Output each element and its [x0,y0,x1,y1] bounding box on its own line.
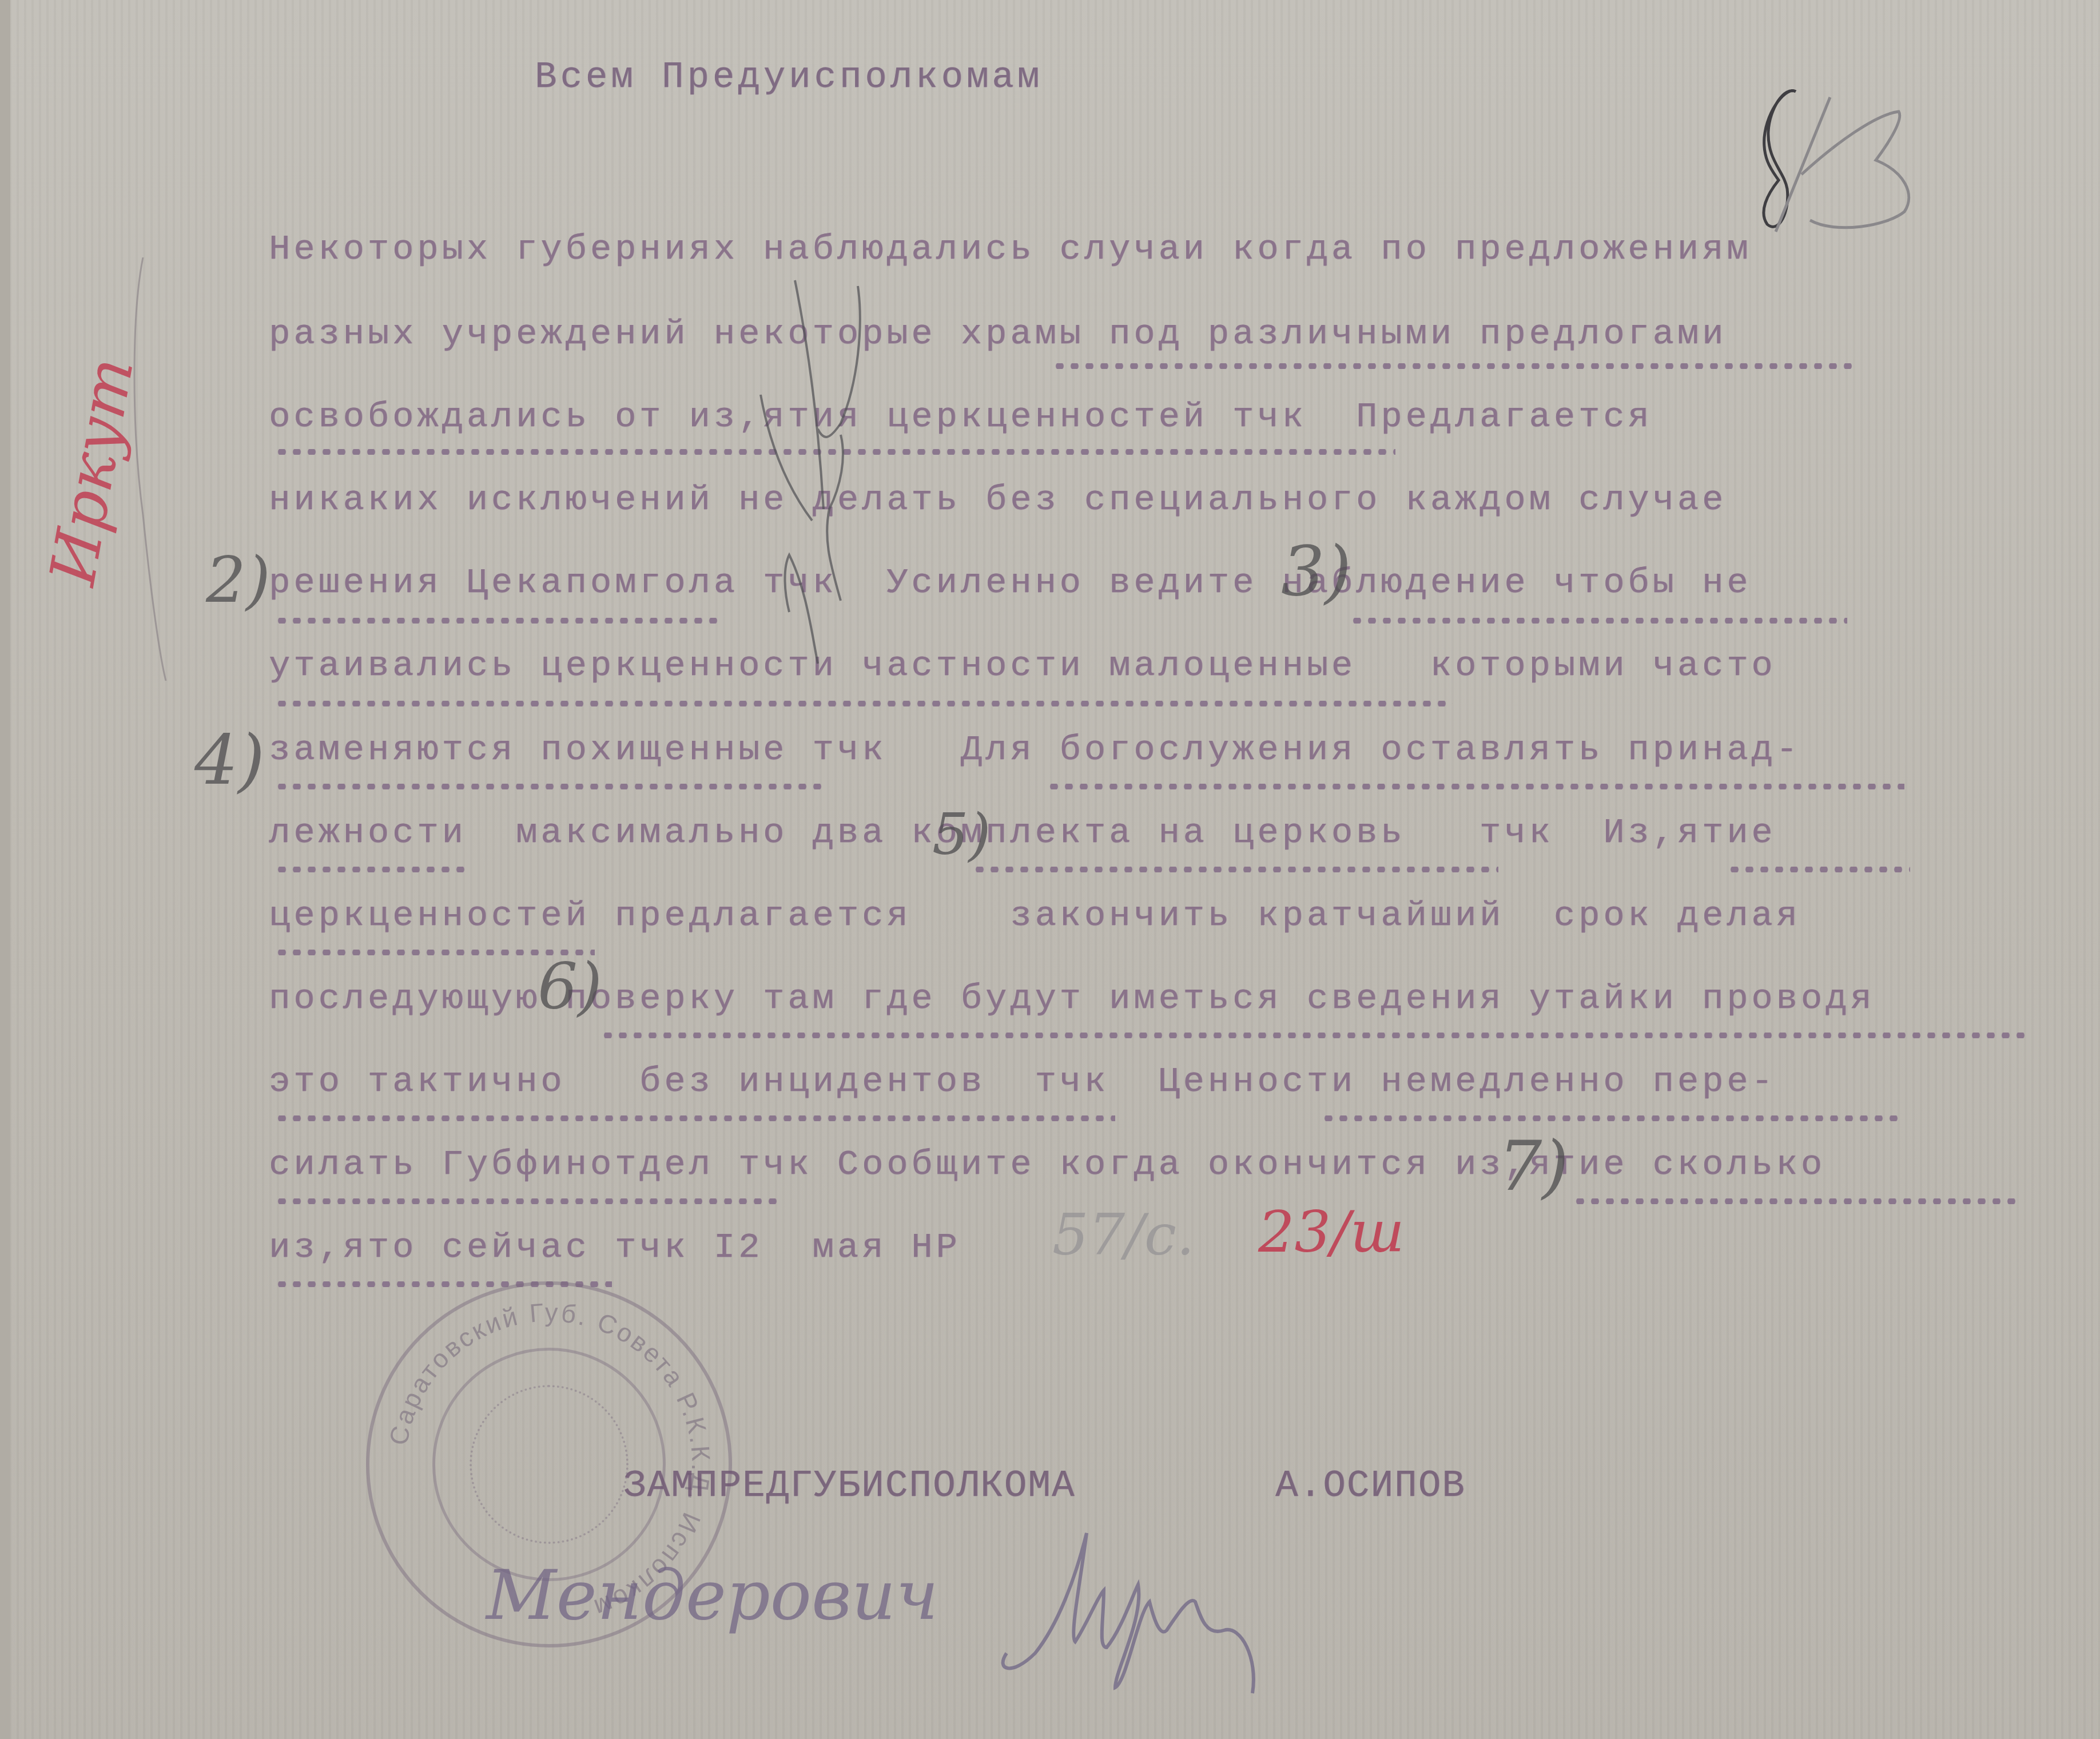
body-line-12: силать Губфинотдел тчк Сообщите когда ок… [269,1144,1825,1185]
body-line-1: Некоторых губерниях наблюдались случаи к… [269,229,1751,269]
body-line-2: разных учреждений некоторые храмы под ра… [269,313,1727,354]
underline-dots [1573,1198,2019,1204]
underline-dots [972,867,1498,872]
underline-dots [1052,363,1853,369]
margin-numeral: 3) [1281,532,1351,612]
body-line-7: заменяются похищенные тчк Для богослужен… [269,729,1801,770]
page-number-83 [1733,74,1939,235]
body-line-10: последующую поверку там где будут иметьс… [269,978,1875,1019]
body-line-6: утаивались церкценности частности малоце… [269,645,1776,686]
margin-numeral: 5) [932,801,991,868]
underline-dots [600,1033,2030,1038]
margin-red-bracket-line [126,257,177,692]
page-edge [0,0,10,1739]
body-line-4: никаких исключений не делать без специал… [269,479,1727,520]
document-title: Всем Предуисполкомам [535,57,1043,98]
underline-dots [275,1198,778,1204]
underline-dots [1727,867,1910,872]
margin-numeral: 2) [206,543,271,617]
pencil-scribble [726,269,967,669]
margin-numeral: 7) [1498,1127,1569,1206]
body-line-11: это тактично без инцидентов тчк Ценности… [269,1061,1776,1102]
body-line-5: решения Цекапомгола тчк Усиленно ведите … [269,562,1751,603]
underline-dots [275,784,824,789]
body-line-9: церкценностей предлагается закончить кра… [269,895,1801,936]
handwritten-signature-right [984,1510,1395,1705]
margin-numeral: 4) [194,721,265,800]
signatory-title: ЗАМПРЕДГУБИСПОЛКОМА [623,1464,1076,1507]
registration-number-pencil: 57/с. [1052,1201,1195,1268]
signatory-name: А.ОСИПОВ [1275,1464,1466,1507]
body-line-8: лежности максимально два комплекта на це… [269,812,1776,853]
underline-dots [275,701,1453,706]
underline-dots [275,618,721,624]
underline-dots [1047,784,1904,789]
body-line-13: из,ято сейчас тчк I2 мая НР [269,1227,961,1268]
handwritten-signature-left: Мендерович [486,1556,938,1635]
underline-dots [1321,1115,1899,1121]
underline-dots [275,1115,1115,1121]
document-page: 83 Иркут Всем Предуисполкомам Некоторых … [0,0,2100,1739]
registration-number-red: 23/ш [1258,1198,1405,1265]
margin-numeral: 6) [538,950,602,1023]
underline-dots [1350,618,1847,624]
underline-dots [275,867,469,872]
